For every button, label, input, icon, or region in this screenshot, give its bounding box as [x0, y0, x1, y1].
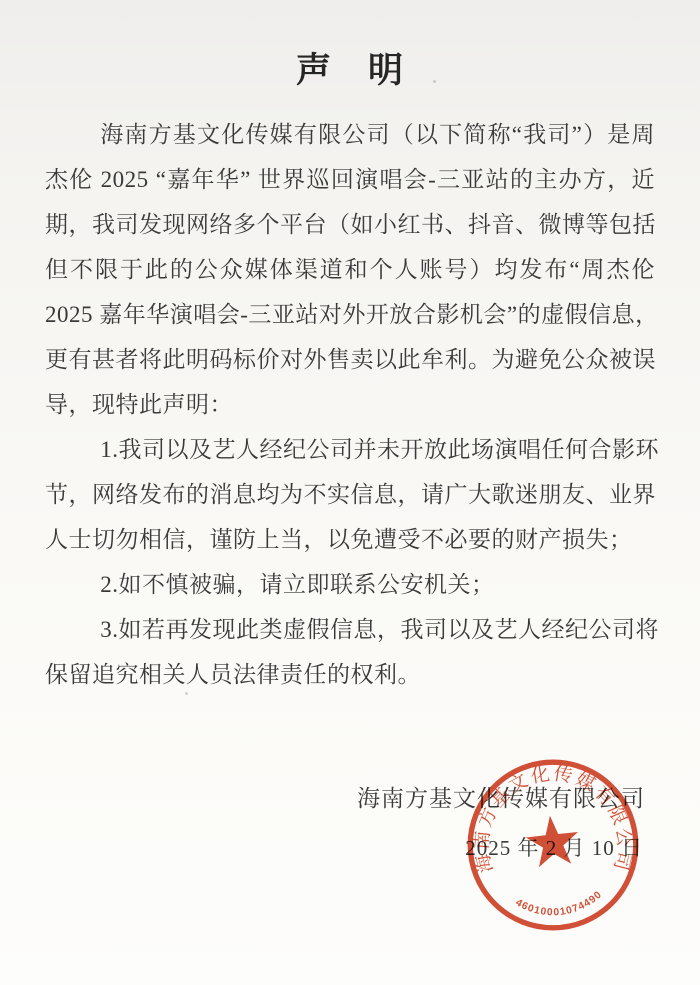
seal-graphic: 海南方基文化传媒有限公司 46010001074490: [464, 756, 642, 934]
body-line: 杰伦 2025 “嘉年华” 世界巡回演唱会-三亚站的主办方，近: [45, 157, 655, 202]
page-title: 声 明: [0, 43, 700, 93]
scan-speck: [185, 692, 188, 695]
body-line: 1.我司以及艺人经纪公司并未开放此场演唱任何合影环: [45, 427, 655, 472]
body-line: 更有甚者将此明码标价对外售卖以此牟利。为避免公众被误: [45, 337, 655, 382]
document-body: 海南方基文化传媒有限公司（以下简称“我司”）是周杰伦 2025 “嘉年华” 世界…: [45, 112, 655, 697]
statement-document: 声 明 海南方基文化传媒有限公司（以下简称“我司”）是周杰伦 2025 “嘉年华…: [0, 0, 700, 985]
seal-company-arc-text: 海南方基文化传媒有限公司: [470, 763, 634, 874]
seal-star-icon: [524, 813, 581, 868]
body-line: 保留追究相关人员法律责任的权利。: [45, 652, 655, 697]
body-line: 期，我司发现网络多个平台（如小红书、抖音、微博等包括: [45, 202, 655, 247]
body-line: 2025 嘉年华演唱会-三亚站对外开放合影机会”的虚假信息，: [45, 292, 655, 337]
body-line: 节，网络发布的消息均为不实信息，请广大歌迷朋友、业界: [45, 472, 655, 517]
body-line: 3.如若再发现此类虚假信息，我司以及艺人经纪公司将: [45, 607, 655, 652]
company-seal: 海南方基文化传媒有限公司 46010001074490: [464, 756, 642, 934]
body-line: 2.如不慎被骗，请立即联系公安机关；: [45, 562, 655, 607]
body-line: 人士切勿相信，谨防上当，以免遭受不必要的财产损失；: [45, 517, 655, 562]
body-line: 海南方基文化传媒有限公司（以下简称“我司”）是周: [45, 112, 655, 157]
body-line: 导，现特此声明：: [45, 382, 655, 427]
scan-speck: [433, 80, 436, 83]
body-line: 但不限于此的公众媒体渠道和个人账号）均发布“周杰伦: [45, 247, 655, 292]
